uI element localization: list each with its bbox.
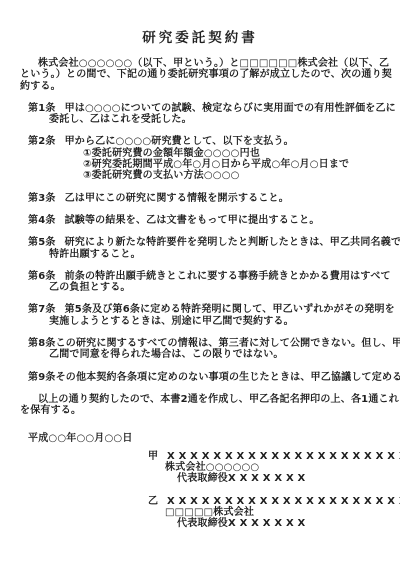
party-label-otsu: 乙: [148, 496, 167, 507]
article-label: 第6条: [28, 271, 56, 282]
article: 第6条前条の特許出願手続きとこれに要する事務手続きとかかる費用はすべて乙の負担と…: [28, 271, 392, 294]
article-subitem: ②研究委託期間平成○年○月○日から平成○年○月○日まで: [28, 159, 392, 170]
preamble-line: 約する。: [20, 81, 388, 92]
article: 第3条乙は甲にこの研究に関する情報を開示すること。: [28, 193, 392, 204]
article-label: 第7条: [28, 304, 56, 315]
article: 第7条第5条及び第6条に定める特許発明に関して、甲乙いずれかがその発明を実施しよ…: [28, 304, 392, 327]
closing-line: を保有する。: [20, 405, 388, 416]
signature-block-otsu: 乙 X X X X X X X X X X X X X X X X X X X …: [148, 496, 400, 530]
article-continuation-line: 委託し、乙はこれを受託した。: [28, 114, 392, 125]
date-line: 平成○○年○○月○○日: [28, 433, 400, 444]
article: 第5条研究により新たな特許要件を発明したと判断したときは、甲乙共同名義で特許出願…: [28, 237, 392, 260]
article: 第1条甲は○○○○についての試験、検定ならびに実用面での有用性評価を乙に委託し、…: [28, 103, 392, 126]
article-first-line: 第2条甲から乙に○○○○研究費として、以下を支払う。: [28, 136, 392, 147]
articles: 第1条甲は○○○○についての試験、検定ならびに実用面での有用性評価を乙に委託し、…: [28, 103, 392, 383]
company-name: 株式会社○○○○○○: [165, 462, 400, 473]
article-first-line: 第1条甲は○○○○についての試験、検定ならびに実用面での有用性評価を乙に: [28, 103, 392, 114]
closing-line: 以上の通り契約したので、本書2通を作成し、甲乙各記名押印の上、各1通これ: [20, 394, 388, 405]
article-first-line: 第3条乙は甲にこの研究に関する情報を開示すること。: [28, 193, 392, 204]
article: 第4条試験等の結果を、乙は文書をもって甲に提出すること。: [28, 215, 392, 226]
article-label: 第9条: [28, 372, 56, 383]
article-continuation-line: 乙間で同意を得られた場合は、この限りではない。: [28, 349, 392, 360]
article-continuation-line: 実施しようとするときは、別途に甲乙間で契約する。: [28, 316, 392, 327]
article-continuation-line: 乙の負担とする。: [28, 282, 392, 293]
article-first-line: 第4条試験等の結果を、乙は文書をもって甲に提出すること。: [28, 215, 392, 226]
company-name: □□□□□株式会社: [165, 507, 400, 518]
article: 第2条甲から乙に○○○○研究費として、以下を支払う。①委託研究費の金額年額金○○…: [28, 136, 392, 181]
closing-paragraph: 以上の通り契約したので、本書2通を作成し、甲乙各記名押印の上、各1通これ を保有…: [20, 394, 388, 417]
article-first-line: 第5条研究により新たな特許要件を発明したと判断したときは、甲乙共同名義で: [28, 237, 392, 248]
article: 第8条この研究に関するすべての情報は、第三者に対して公開できない。但し、甲乙間で…: [28, 338, 392, 361]
article-first-line: 第7条第5条及び第6条に定める特許発明に関して、甲乙いずれかがその発明を: [28, 304, 392, 315]
representative-name: 代表取締役X X X X X X X: [177, 518, 400, 529]
representative-name: 代表取締役X X X X X X X: [177, 473, 400, 484]
party-name-line: X X X X X X X X X X X X X X X X X X X X …: [167, 451, 400, 462]
article-text: その他本契約各条項に定めのない事項の生じたときは、甲乙協議して定める。: [56, 372, 400, 383]
article-label: 第4条: [28, 215, 56, 226]
contract-document-page: 研究委託契約書 株式会社○○○○○○（以下、甲という。）と□□□□□□株式会社（…: [0, 0, 400, 565]
article-label: 第2条: [28, 136, 56, 147]
article-text: 研究により新たな特許要件を発明したと判断したときは、甲乙共同名義で: [65, 237, 400, 248]
article-text: 甲から乙に○○○○研究費として、以下を支払う。: [65, 136, 294, 147]
article-label: 第8条: [28, 338, 56, 349]
signature-block-kou: 甲 X X X X X X X X X X X X X X X X X X X …: [148, 451, 400, 485]
article-text: 試験等の結果を、乙は文書をもって甲に提出すること。: [65, 215, 320, 226]
article-text: 乙は甲にこの研究に関する情報を開示すること。: [65, 193, 289, 204]
article-text: 前条の特許出願手続きとこれに要する事務手続きとかかる費用はすべて: [65, 271, 391, 282]
article: 第9条その他本契約各条項に定めのない事項の生じたときは、甲乙協議して定める。: [28, 372, 392, 383]
article-continuation-line: 特許出願すること。: [28, 249, 392, 260]
article-label: 第5条: [28, 237, 56, 248]
preamble-line: という。）との間で、下記の通り委託研究事項の了解が成立したので、次の通り契: [20, 69, 388, 80]
article-text: 甲は○○○○についての試験、検定ならびに実用面での有用性評価を乙に: [65, 103, 396, 114]
article-text: 第5条及び第6条に定める特許発明に関して、甲乙いずれかがその発明を: [65, 304, 395, 315]
document-title: 研究委託契約書: [0, 0, 400, 45]
article-text: この研究に関するすべての情報は、第三者に対して公開できない。但し、甲: [56, 338, 400, 349]
article-first-line: 第8条この研究に関するすべての情報は、第三者に対して公開できない。但し、甲: [28, 338, 392, 349]
preamble-line: 株式会社○○○○○○（以下、甲という。）と□□□□□□株式会社（以下、乙: [20, 58, 388, 69]
article-label: 第1条: [28, 103, 56, 114]
party-name-line: X X X X X X X X X X X X X X X X X X X X …: [167, 496, 400, 507]
preamble: 株式会社○○○○○○（以下、甲という。）と□□□□□□株式会社（以下、乙 という…: [20, 58, 388, 92]
article-first-line: 第6条前条の特許出願手続きとこれに要する事務手続きとかかる費用はすべて: [28, 271, 392, 282]
party-label-kou: 甲: [148, 451, 167, 462]
article-subitem: ③委託研究費の支払い方法○○○○: [28, 170, 392, 181]
article-subitem: ①委託研究費の金額年額金○○○○円也: [28, 148, 392, 159]
article-first-line: 第9条その他本契約各条項に定めのない事項の生じたときは、甲乙協議して定める。: [28, 372, 392, 383]
article-label: 第3条: [28, 193, 56, 204]
